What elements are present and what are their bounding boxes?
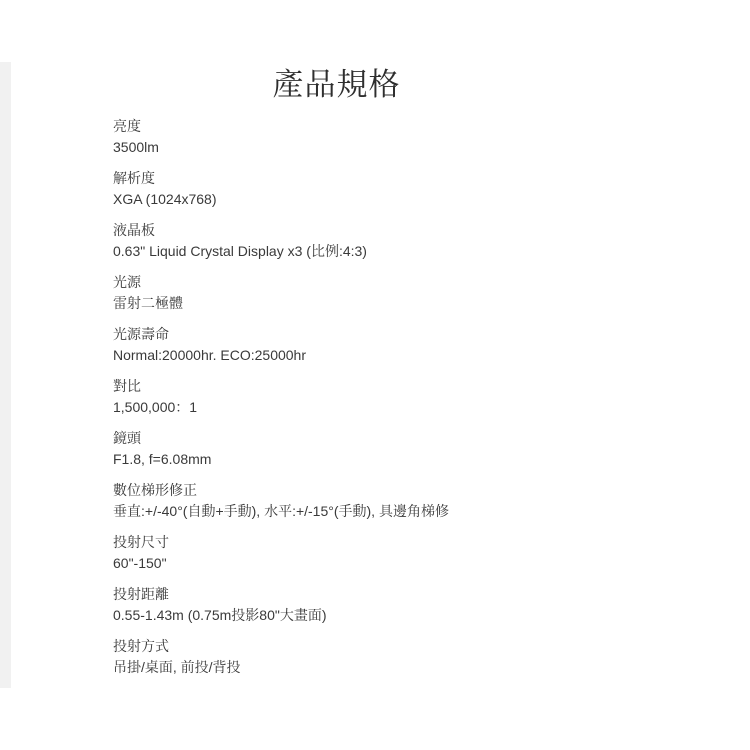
- spec-item-light-source-life: 光源壽命 Normal:20000hr. ECO:25000hr: [113, 324, 560, 366]
- spec-item-projection-method: 投射方式 吊掛/桌面, 前投/背投: [113, 636, 560, 678]
- spec-value: 0.63" Liquid Crystal Display x3 (比例:4:3): [113, 241, 560, 262]
- spec-label: 投射方式: [113, 636, 560, 657]
- spec-item-resolution: 解析度 XGA (1024x768): [113, 168, 560, 210]
- spec-item-projection-distance: 投射距離 0.55-1.43m (0.75m投影80"大畫面): [113, 584, 560, 626]
- spec-item-contrast: 對比 1,500,000：1: [113, 376, 560, 418]
- spec-value: 3500lm: [113, 137, 560, 158]
- spec-label: 光源: [113, 272, 560, 293]
- left-edge-strip: [0, 62, 11, 688]
- spec-label: 解析度: [113, 168, 560, 189]
- spec-value: Normal:20000hr. ECO:25000hr: [113, 345, 560, 366]
- spec-item-projection-size: 投射尺寸 60"-150": [113, 532, 560, 574]
- spec-value: 0.55-1.43m (0.75m投影80"大畫面): [113, 605, 560, 626]
- spec-item-lens: 鏡頭 F1.8, f=6.08mm: [113, 428, 560, 470]
- spec-label: 對比: [113, 376, 560, 397]
- spec-item-brightness: 亮度 3500lm: [113, 116, 560, 158]
- spec-label: 亮度: [113, 116, 560, 137]
- spec-item-lcd-panel: 液晶板 0.63" Liquid Crystal Display x3 (比例:…: [113, 220, 560, 262]
- page-title: 產品規格: [113, 0, 560, 107]
- spec-label: 鏡頭: [113, 428, 560, 449]
- spec-value: 垂直:+/-40°(自動+手動), 水平:+/-15°(手動), 具邊角梯修: [113, 501, 560, 522]
- spec-page-content: 產品規格 亮度 3500lm 解析度 XGA (1024x768) 液晶板 0.…: [113, 0, 560, 688]
- spec-label: 投射尺寸: [113, 532, 560, 553]
- spec-value: 吊掛/桌面, 前投/背投: [113, 657, 560, 678]
- spec-label: 液晶板: [113, 220, 560, 241]
- spec-value: F1.8, f=6.08mm: [113, 449, 560, 470]
- spec-item-light-source: 光源 雷射二極體: [113, 272, 560, 314]
- spec-label: 光源壽命: [113, 324, 560, 345]
- spec-label: 投射距離: [113, 584, 560, 605]
- spec-label: 數位梯形修正: [113, 480, 560, 501]
- spec-value: 雷射二極體: [113, 293, 560, 314]
- spec-value: XGA (1024x768): [113, 189, 560, 210]
- spec-item-keystone-correction: 數位梯形修正 垂直:+/-40°(自動+手動), 水平:+/-15°(手動), …: [113, 480, 560, 522]
- spec-value: 60"-150": [113, 553, 560, 574]
- spec-list: 亮度 3500lm 解析度 XGA (1024x768) 液晶板 0.63" L…: [113, 116, 560, 678]
- spec-value: 1,500,000：1: [113, 397, 560, 418]
